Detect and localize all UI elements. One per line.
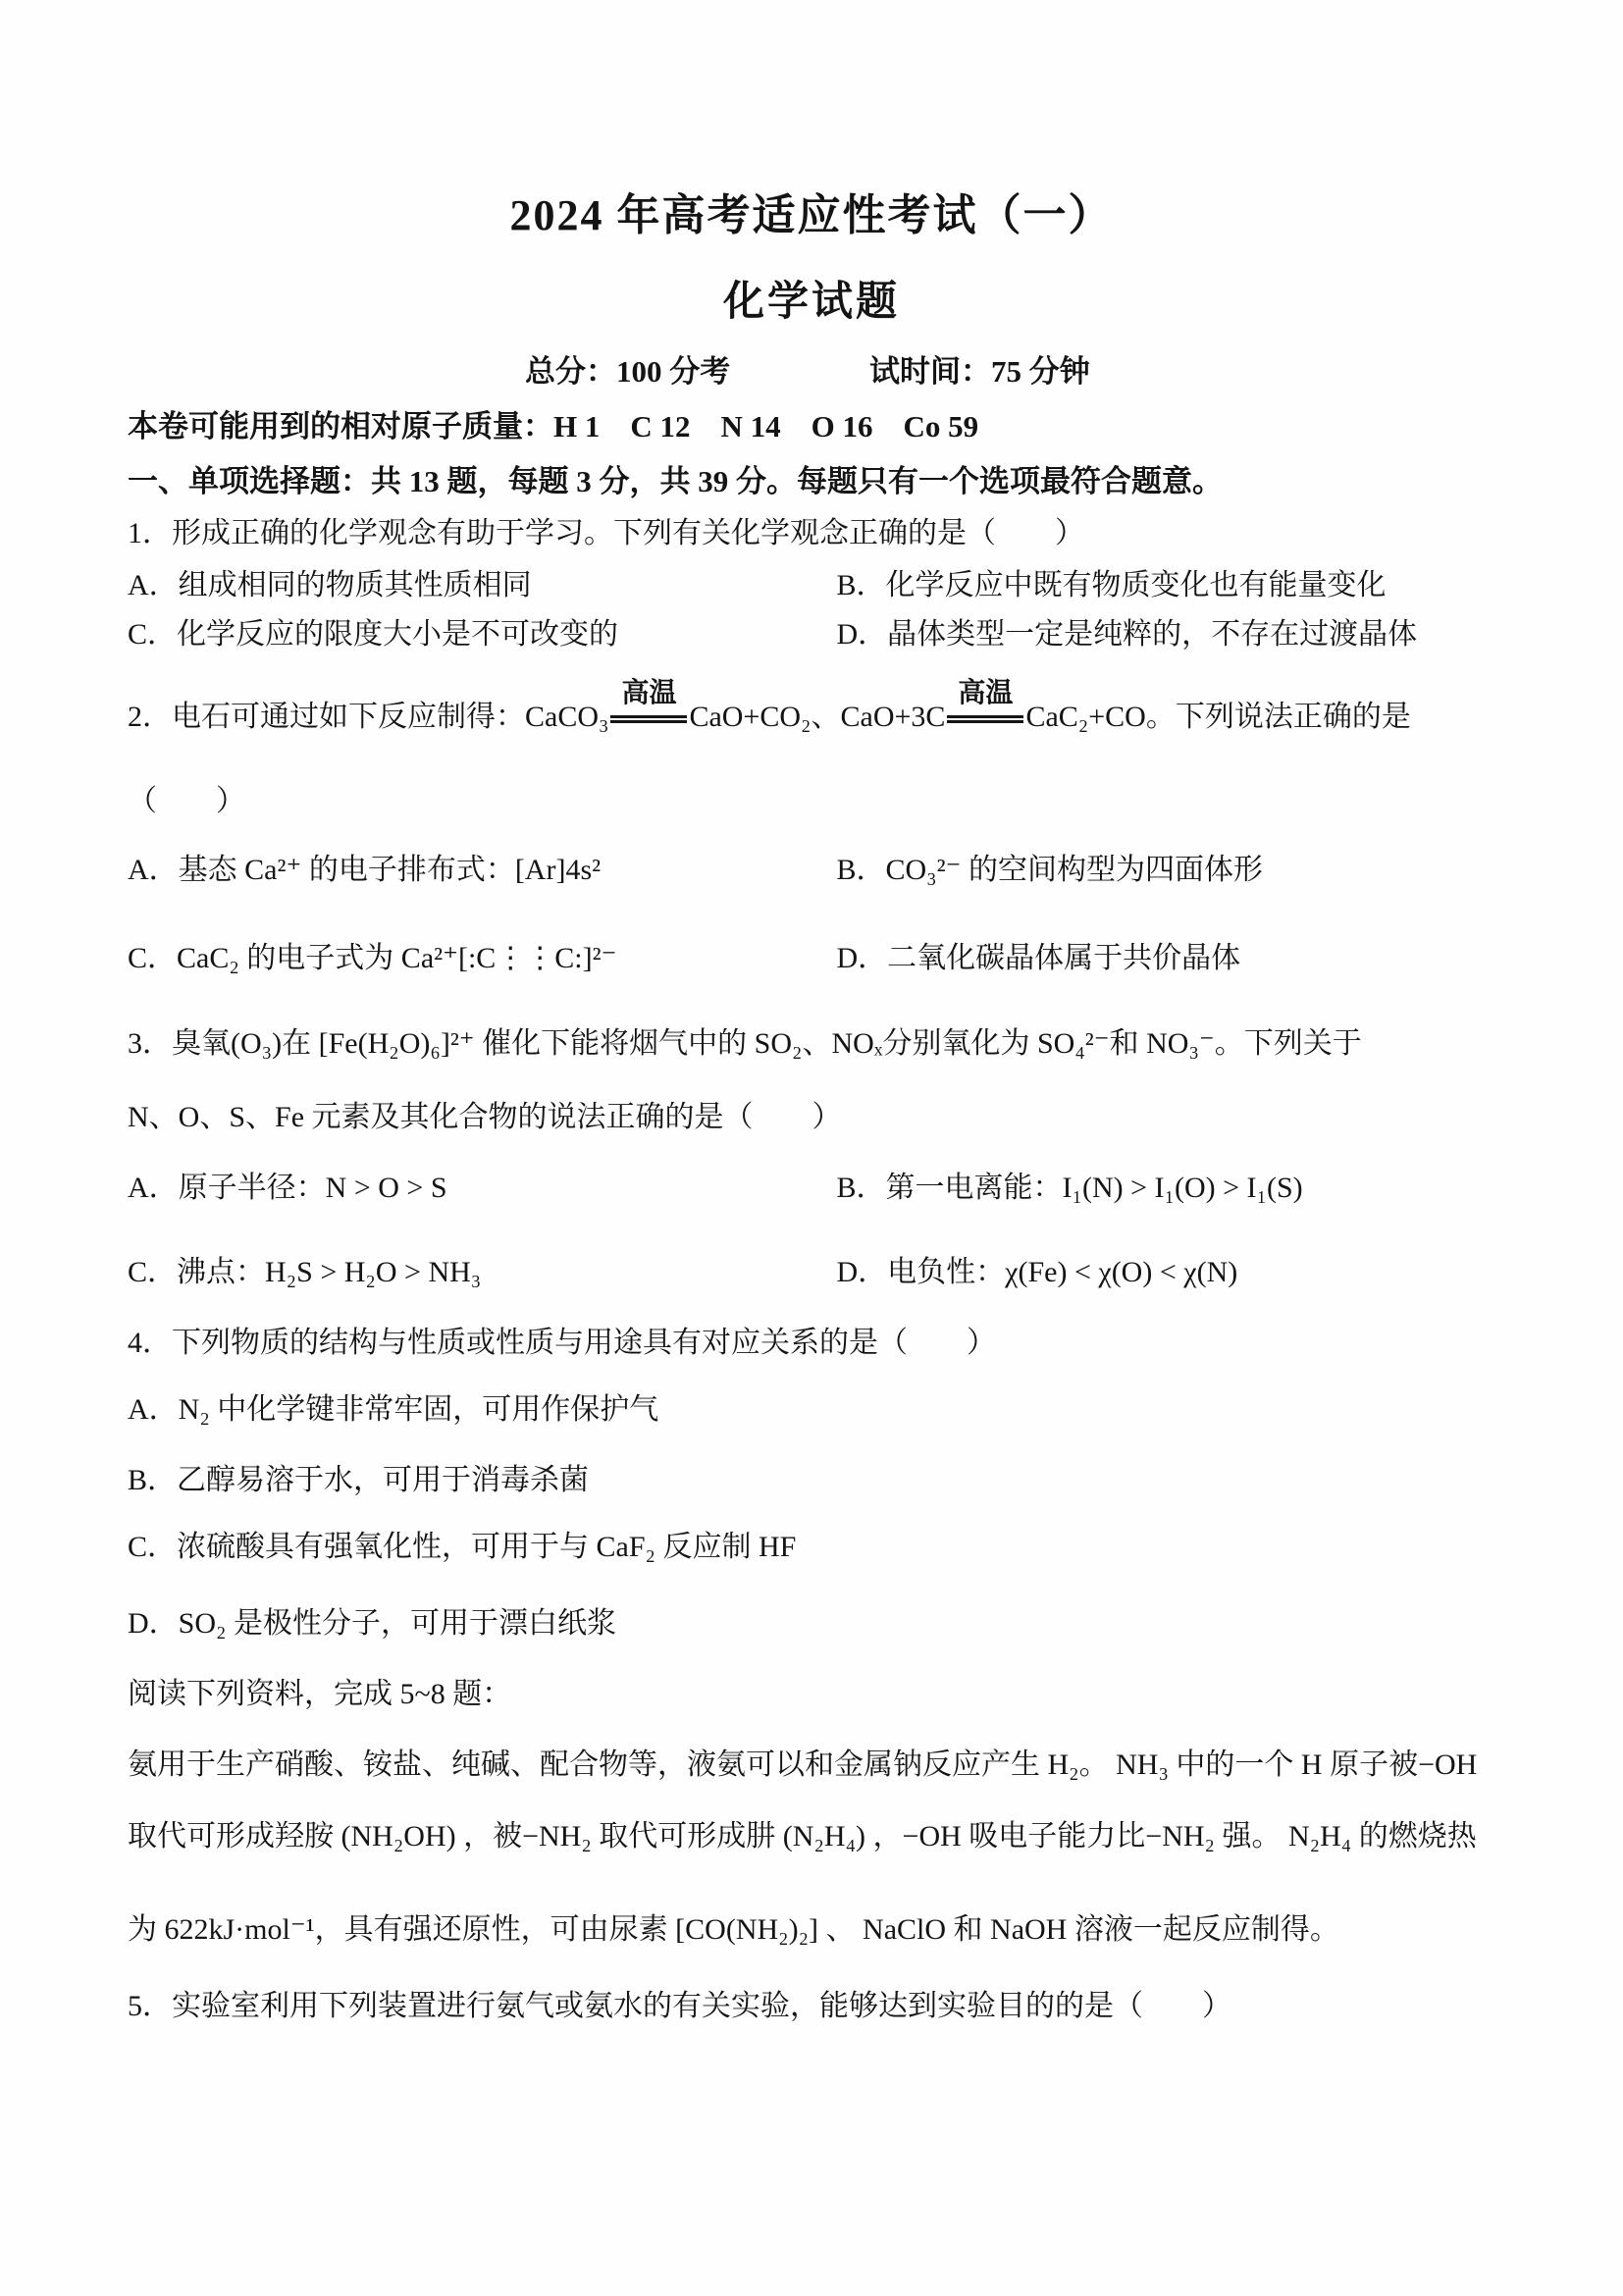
q3-option-b: B．第一电离能：I₁(N) > I₁(O) > I₁(S) [837,1170,1303,1207]
q3-options-row-1: A．原子半径：N > O > S B．第一电离能：I₁(N) > I₁(O) >… [128,1170,1303,1207]
q1-option-c: C．化学反应的限度大小是不可改变的 [128,616,829,653]
q2-option-a: A．基态 Ca²⁺ 的电子排布式：[Ar]4s² [128,852,829,889]
q3-options-row-2: C．沸点：H₂S > H₂O > NH₃ D．电负性：χ(Fe) < χ(O) … [128,1254,1237,1291]
q2-stem-suffix: 。下列说法正确的是 [1146,701,1411,733]
q2-option-c: C．CaC₂ 的电子式为 Ca²⁺[:C⋮⋮C:]²⁻ [128,940,829,977]
equation-2-lhs: CaO+3C [841,701,946,733]
q2-stem-prefix: 2．电石可通过如下反应制得： [128,701,525,733]
reaction-equals-line-2 [947,715,1023,723]
passage-line-2: 取代可形成羟胺 (NH₂OH) ，被−NH₂ 取代可形成肼 (N₂H₄) ，−O… [128,1818,1477,1855]
q2-option-b: B．CO₃²⁻ 的空间构型为四面体形 [837,852,1263,889]
q4-option-a: A．N₂ 中化学键非常牢固，可用作保护气 [128,1391,658,1429]
equation-1-lhs: CaCO₃ [525,701,608,733]
atomic-mass-note: 本卷可能用到的相对原子质量：H 1 C 12 N 14 O 16 Co 59 [128,408,978,446]
equation-separator: 、 [811,701,841,733]
q4-option-d: D．SO₂ 是极性分子，可用于漂白纸浆 [128,1605,616,1643]
q1-stem: 1．形成正确的化学观念有助于学习。下列有关化学观念正确的是（ ） [128,515,1084,552]
q2-options-row-2: C．CaC₂ 的电子式为 Ca²⁺[:C⋮⋮C:]²⁻ D．二氧化碳晶体属于共价… [128,940,1240,977]
passage-line-3: 为 622kJ·mol⁻¹，具有强还原性，可由尿素 [CO(NH₂)₂] 、 N… [128,1911,1339,1949]
q3-stem-line-1: 3．臭氧(O₃)在 [Fe(H₂O)₆]²⁺ 催化下能将烟气中的 SO₂、NOₓ… [128,1025,1362,1063]
q5-stem: 5．实验室利用下列装置进行氨气或氨水的有关实验，能够达到实验目的的是（ ） [128,1988,1231,2025]
total-score-label: 总分：100 分考 [525,353,730,391]
exam-page: 2024 年高考适应性考试（一） 化学试题 总分：100 分考 试时间：75 分… [0,0,1623,2296]
equation-2: CaO+3C高温CaC₂+CO [841,701,1146,733]
q4-option-c: C．浓硫酸具有强氧化性，可用于与 CaF₂ 反应制 HF [128,1529,796,1566]
q3-stem-line-2: N、O、S、Fe 元素及其化合物的说法正确的是（ ） [128,1099,842,1136]
q4-stem: 4．下列物质的结构与性质或性质与用途具有对应关系的是（ ） [128,1325,996,1362]
exam-time-label: 试时间：75 分钟 [869,353,1090,391]
section-one-heading: 一、单项选择题：共 13 题，每题 3 分，共 39 分。每题只有一个选项最符合… [128,463,1223,501]
q2-stem-continuation: （ ） [128,783,245,820]
q1-options-row-1: A．组成相同的物质其性质相同 B．化学反应中既有物质变化也有能量变化 [128,567,1387,604]
q1-option-a: A．组成相同的物质其性质相同 [128,567,829,604]
q3-option-a: A．原子半径：N > O > S [128,1170,829,1207]
q1-option-b: B．化学反应中既有物质变化也有能量变化 [837,567,1387,604]
reaction-condition-2-label: 高温 [958,680,1013,707]
reaction-condition-1-label: 高温 [621,680,676,707]
q4-option-b: B．乙醇易溶于水，可用于消毒杀菌 [128,1462,589,1499]
passage-intro: 阅读下列资料，完成 5~8 题： [128,1676,511,1713]
equation-1-rhs: CaO+CO₂ [689,701,811,733]
q1-option-d: D．晶体类型一定是纯粹的，不存在过渡晶体 [837,616,1418,653]
q2-options-row-1: A．基态 Ca²⁺ 的电子排布式：[Ar]4s² B．CO₃²⁻ 的空间构型为四… [128,852,1263,889]
page-title: 2024 年高考适应性考试（一） [0,188,1623,242]
passage-line-1: 氨用于生产硝酸、铵盐、纯碱、配合物等，液氨可以和金属钠反应产生 H₂。 NH₃ … [128,1747,1477,1784]
reaction-condition-1: 高温 [610,715,687,723]
q2-stem: 2．电石可通过如下反应制得：CaCO₃高温CaO+CO₂、CaO+3C高温CaC… [128,699,1411,736]
q3-option-c: C．沸点：H₂S > H₂O > NH₃ [128,1254,829,1291]
reaction-condition-2: 高温 [947,715,1023,723]
equation-2-rhs: CaC₂+CO [1025,701,1145,733]
q1-options-row-2: C．化学反应的限度大小是不可改变的 D．晶体类型一定是纯粹的，不存在过渡晶体 [128,616,1417,653]
equation-1: CaCO₃高温CaO+CO₂ [525,701,811,733]
q2-option-d: D．二氧化碳晶体属于共价晶体 [837,940,1241,977]
exam-subtitle: 化学试题 [0,277,1623,329]
reaction-equals-line-1 [610,715,687,723]
q3-option-d: D．电负性：χ(Fe) < χ(O) < χ(N) [837,1254,1238,1291]
